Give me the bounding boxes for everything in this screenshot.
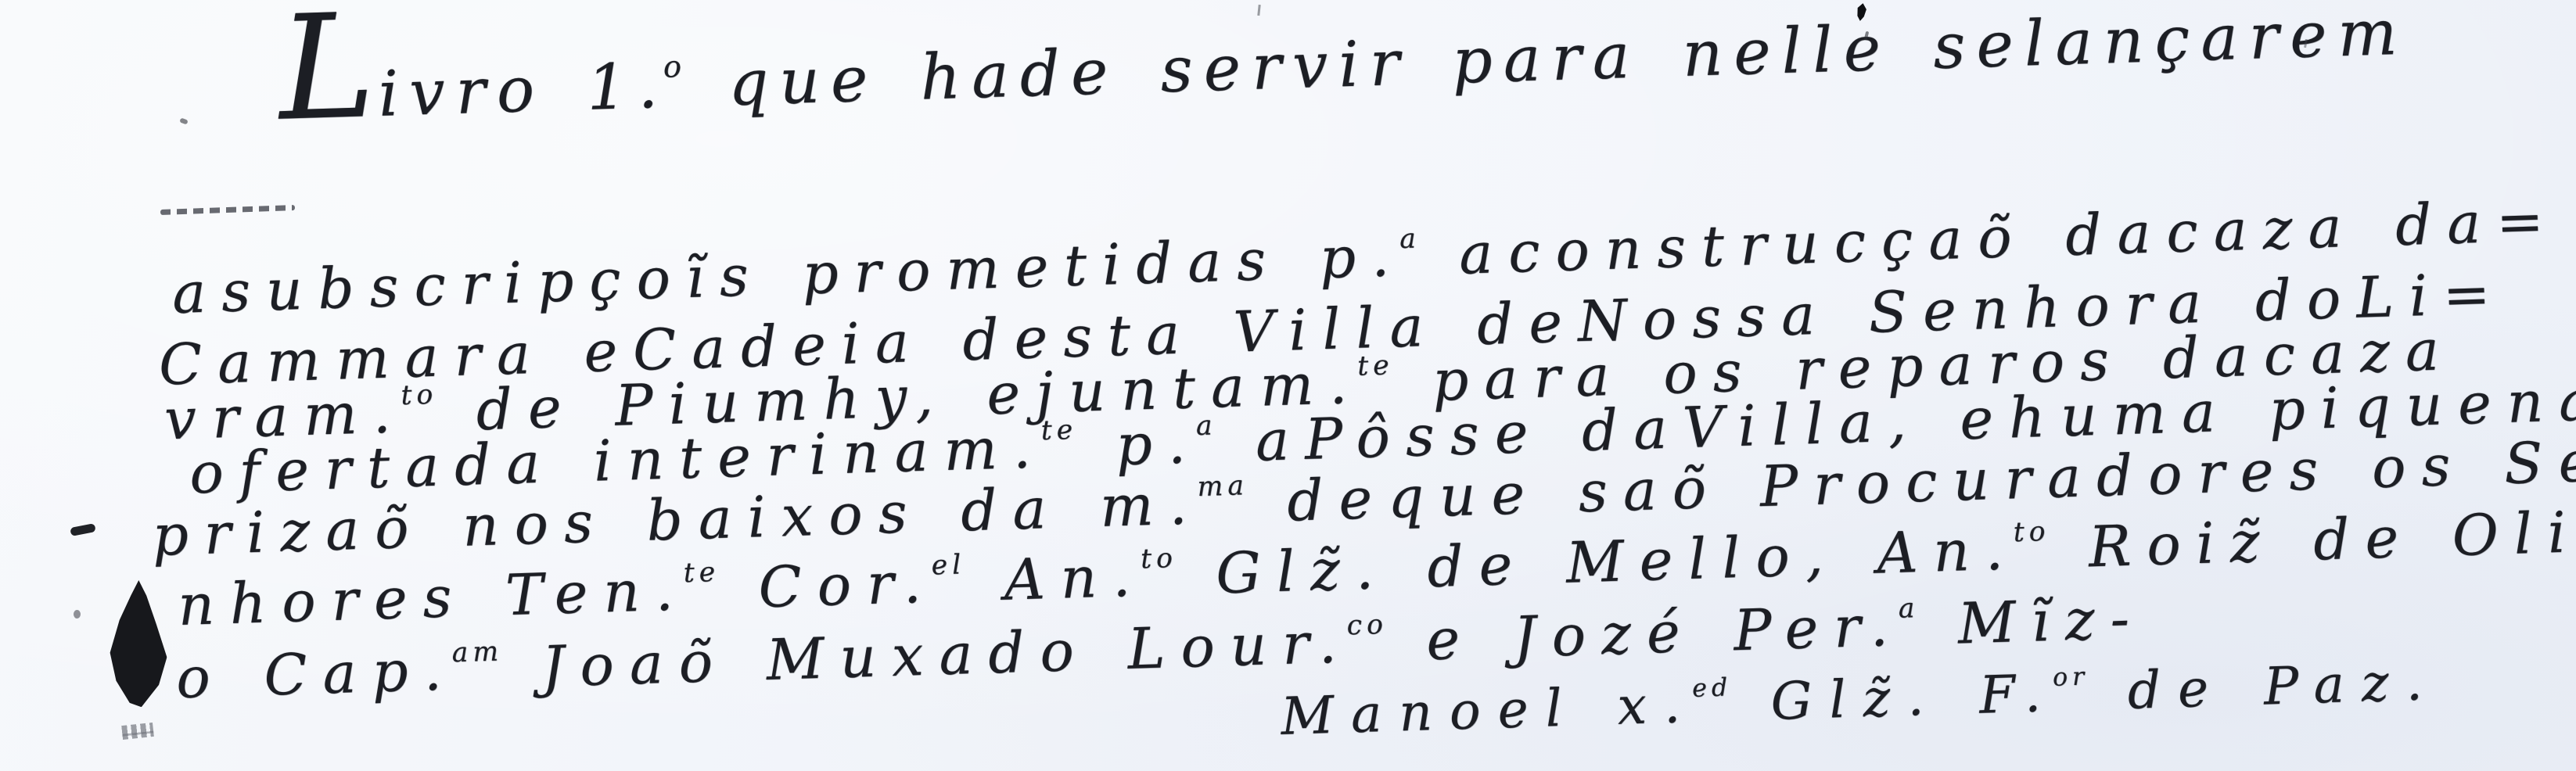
superscript-abbreviation: am (451, 637, 504, 669)
superscript-abbreviation: to (1141, 543, 1178, 575)
text-segment: de Paz. (2089, 651, 2441, 723)
text-segment: p. (1076, 410, 1202, 479)
superscript-abbreviation: a (1195, 411, 1217, 443)
text-segment: An. (965, 543, 1148, 614)
superscript-abbreviation: te (1357, 350, 1395, 382)
manuscript-text-block: Livro 1.o que hade servir para nelle sel… (117, 0, 2576, 771)
text-segment: e Jozé Per. (1387, 593, 1905, 674)
text-segment: Mĩz- (1919, 585, 2146, 658)
margin-dash-mark (70, 523, 96, 536)
superscript-abbreviation: o (663, 48, 686, 84)
superscript-abbreviation: ed (1692, 674, 1733, 704)
scanned-document-page: Livro 1.o que hade servir para nelle sel… (0, 0, 2576, 771)
superscript-abbreviation: or (2052, 663, 2089, 692)
superscript-abbreviation: co (1346, 609, 1388, 642)
text-segment: L (276, 0, 380, 153)
superscript-abbreviation: a (1399, 224, 1421, 256)
superscript-abbreviation: a (1898, 593, 1920, 625)
superscript-abbreviation: el (931, 550, 966, 582)
text-segment: ivro 1. (377, 49, 670, 131)
text-segment: Roiz̃ de Oliv. (2050, 497, 2576, 581)
text-segment: nhores Ten. (177, 557, 690, 638)
manuscript-line-1: Livro 1.o que hade servir para nelle sel… (278, 0, 2409, 134)
text-segment: Cor. (719, 549, 937, 621)
text-segment: que hade servir para nelle selançarem (685, 0, 2409, 121)
superscript-abbreviation: te (683, 557, 720, 589)
superscript-abbreviation: te (1040, 414, 1078, 446)
text-segment: o Cap. (175, 637, 458, 711)
superscript-abbreviation: to (2013, 516, 2050, 548)
margin-dot-mark (74, 610, 81, 619)
text-segment: Manoel x. (1280, 674, 1698, 747)
text-segment: Glz̃. F. (1732, 663, 2059, 733)
superscript-abbreviation: ma (1197, 470, 1249, 503)
superscript-abbreviation: to (401, 379, 438, 411)
